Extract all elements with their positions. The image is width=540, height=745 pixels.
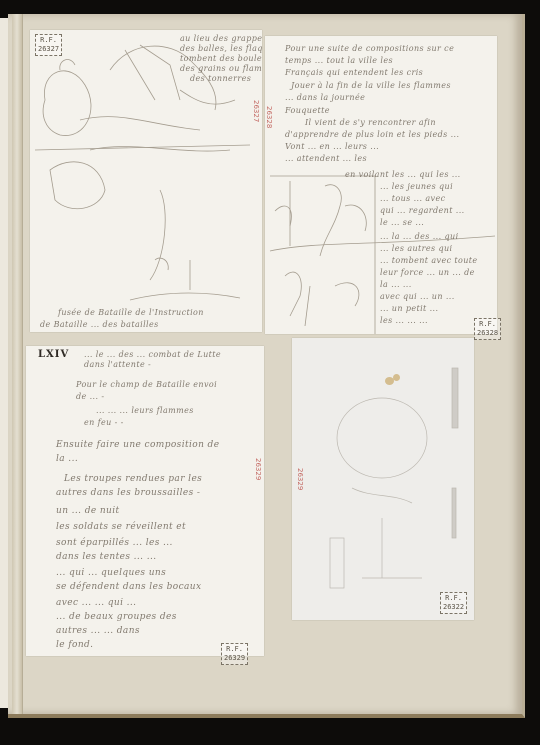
stamp-line-2: 26322	[443, 603, 464, 612]
album-spine	[12, 14, 23, 714]
collection-stamp: R.F. 26329	[221, 643, 248, 665]
handwritten-line: un ... de nuit	[56, 506, 120, 516]
handwritten-line: Fouquette	[285, 106, 330, 115]
handwritten-line: ... de beaux groupes des	[56, 612, 177, 622]
handwritten-line: ... tous ... avec	[380, 194, 445, 203]
sheet-top-left: R.F. 26327 26327 au lieu des grappes des…	[30, 30, 262, 332]
handwritten-line: tombent des boulevards	[180, 54, 262, 63]
handwritten-line: la ... ...	[380, 280, 412, 289]
handwritten-line: ... ... ... leurs flammes	[96, 406, 194, 415]
handwritten-line: ... un petit ...	[380, 304, 438, 313]
handwritten-line: dans les tentes ... ...	[56, 552, 156, 562]
stamp-line-1: R.F.	[224, 645, 245, 654]
handwritten-line: au lieu des grappes	[180, 34, 262, 43]
handwritten-line: ... les autres qui	[380, 244, 453, 253]
stamp-line-1: R.F.	[38, 36, 59, 45]
handwritten-line: Ensuite faire une composition de	[56, 440, 219, 450]
handwritten-line: Pour une suite de compositions sur ce	[285, 44, 454, 53]
handwritten-line: Français qui entendent les cris	[285, 68, 423, 77]
stamp-line-2: 26329	[224, 654, 245, 663]
sheet-bottom-right: 26329	[292, 338, 474, 620]
handwritten-line: les ... ... ...	[380, 316, 428, 325]
handwritten-line: leur force ... un ... de	[380, 268, 475, 277]
inventory-number: 26329	[296, 468, 304, 490]
handwritten-line: Il vient de s'y rencontrer afin	[305, 118, 436, 127]
handwritten-line: en feu - -	[84, 418, 124, 427]
handwritten-line: dans l'attente -	[84, 360, 151, 369]
handwritten-line: des tonnerres	[190, 74, 251, 83]
handwritten-line: ... les jeunes qui	[380, 182, 453, 191]
collection-stamp: R.F. 26322	[440, 592, 467, 614]
handwritten-line: qui ... regardent ...	[380, 206, 465, 215]
inventory-number: 26328	[265, 106, 273, 128]
stamp-line-1: R.F.	[443, 594, 464, 603]
sheet-top-right: 26328 Pour une suite de compositions sur…	[265, 36, 497, 334]
handwritten-line: ... le ... des ... combat de Lutte	[84, 350, 221, 359]
stamp-line-2: 26327	[38, 45, 59, 54]
inventory-number: 26327	[252, 100, 260, 122]
handwritten-line: autres dans les broussailles -	[56, 488, 200, 498]
handwritten-line: fusée de Bataille de l'Instruction	[58, 308, 204, 317]
pencil-sketch	[292, 338, 474, 620]
handwritten-line: ... qui ... quelques uns	[56, 568, 166, 578]
handwritten-line: en voilant les ... qui les ...	[345, 170, 461, 179]
handwritten-line: temps ... tout la ville les	[285, 56, 393, 65]
sheet-bottom-left: LXIV 26329 ... le ... des ... combat de …	[26, 346, 264, 656]
handwritten-line: Les troupes rendues par les	[64, 474, 202, 484]
collection-stamp: R.F. 26327	[35, 34, 62, 56]
handwritten-line: des balles, les flaques	[180, 44, 262, 53]
stamp-line-1: R.F.	[477, 320, 498, 329]
handwritten-line: ... la ... des ... qui	[380, 232, 459, 241]
handwritten-line: Jouer à la fin de la ville les flammes	[291, 81, 451, 90]
handwritten-line: ... tombent avec toute	[380, 256, 478, 265]
handwritten-line: autres ... ... dans	[56, 626, 140, 636]
handwritten-line: ... attendent ... les	[285, 154, 367, 163]
handwritten-line: avec ... ... qui ...	[56, 598, 136, 608]
handwritten-line: se défendent dans les bocaux	[56, 582, 201, 592]
handwritten-line: la ...	[56, 454, 78, 464]
handwritten-line: Vont ... en ... leurs ...	[285, 142, 379, 151]
handwritten-line: le ... se ...	[380, 218, 424, 227]
handwritten-line: sont éparpillés ... les ...	[56, 538, 173, 548]
handwritten-line: le fond.	[56, 640, 93, 650]
collection-stamp: R.F. 26328	[474, 318, 501, 340]
handwritten-line: Pour le champ de Bataille envoi	[76, 380, 217, 389]
handwritten-line: de ... -	[76, 392, 104, 401]
handwritten-line: de Bataille ... des batailles	[40, 320, 159, 329]
handwritten-line: avec qui ... un ...	[380, 292, 455, 301]
folio-label: LXIV	[38, 349, 69, 360]
brown-stain	[393, 374, 400, 381]
inventory-number: 26329	[254, 458, 262, 480]
handwritten-line: ... dans la journée	[285, 93, 365, 102]
stamp-line-2: 26328	[477, 329, 498, 338]
handwritten-line: les soldats se réveillent et	[56, 522, 186, 532]
handwritten-line: des grains ou flammes	[180, 64, 262, 73]
handwritten-line: d'apprendre de plus loin et les pieds ..…	[285, 130, 459, 139]
